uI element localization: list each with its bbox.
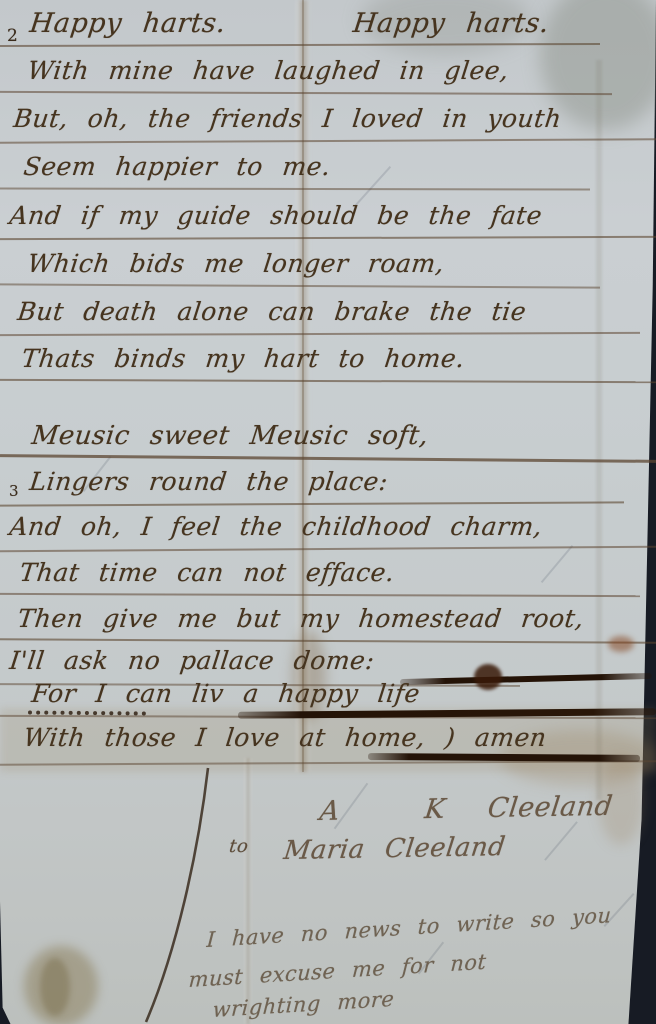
signature-name: Maria Cleeland xyxy=(282,832,507,866)
poem-line: Then give me but my homestead root, xyxy=(16,604,586,633)
poem-line: But, oh, the friends I loved in youth xyxy=(12,104,563,133)
poem-line: And oh, I feel the childhood charm, xyxy=(8,512,544,541)
poem-line: And if my guide should be the fate xyxy=(8,201,544,230)
poem-line: Seem happier to me. xyxy=(22,152,332,181)
stanza-number-3: 3 xyxy=(9,482,19,500)
poem-line: That time can not efface. xyxy=(18,558,396,587)
poem-line: Happy harts. Happy harts. xyxy=(28,8,551,39)
poem-line: Meusic sweet Meusic soft, xyxy=(30,421,430,451)
signature-connector: to xyxy=(228,836,250,857)
signature-name: A K Cleeland xyxy=(318,791,615,827)
poem-line: Lingers round the place: xyxy=(28,467,390,496)
poem-line: With those I love at home, ) amen xyxy=(22,723,548,752)
stanza-number-2: 2 xyxy=(7,26,18,46)
poem-line: Which bids me longer roam, xyxy=(26,249,446,278)
poem-line: Thats binds my hart to home. xyxy=(20,344,467,373)
poem-line: I'll ask no pallace dome: xyxy=(8,646,376,675)
poem-line: For I can liv a happy life xyxy=(30,679,422,708)
letter-photograph: 2 3 Happy harts. Happy harts. With mine … xyxy=(0,0,656,1024)
poem-line: With mine have laughed in glee, xyxy=(26,56,511,85)
poem-line: But death alone can brake the tie xyxy=(16,297,528,326)
